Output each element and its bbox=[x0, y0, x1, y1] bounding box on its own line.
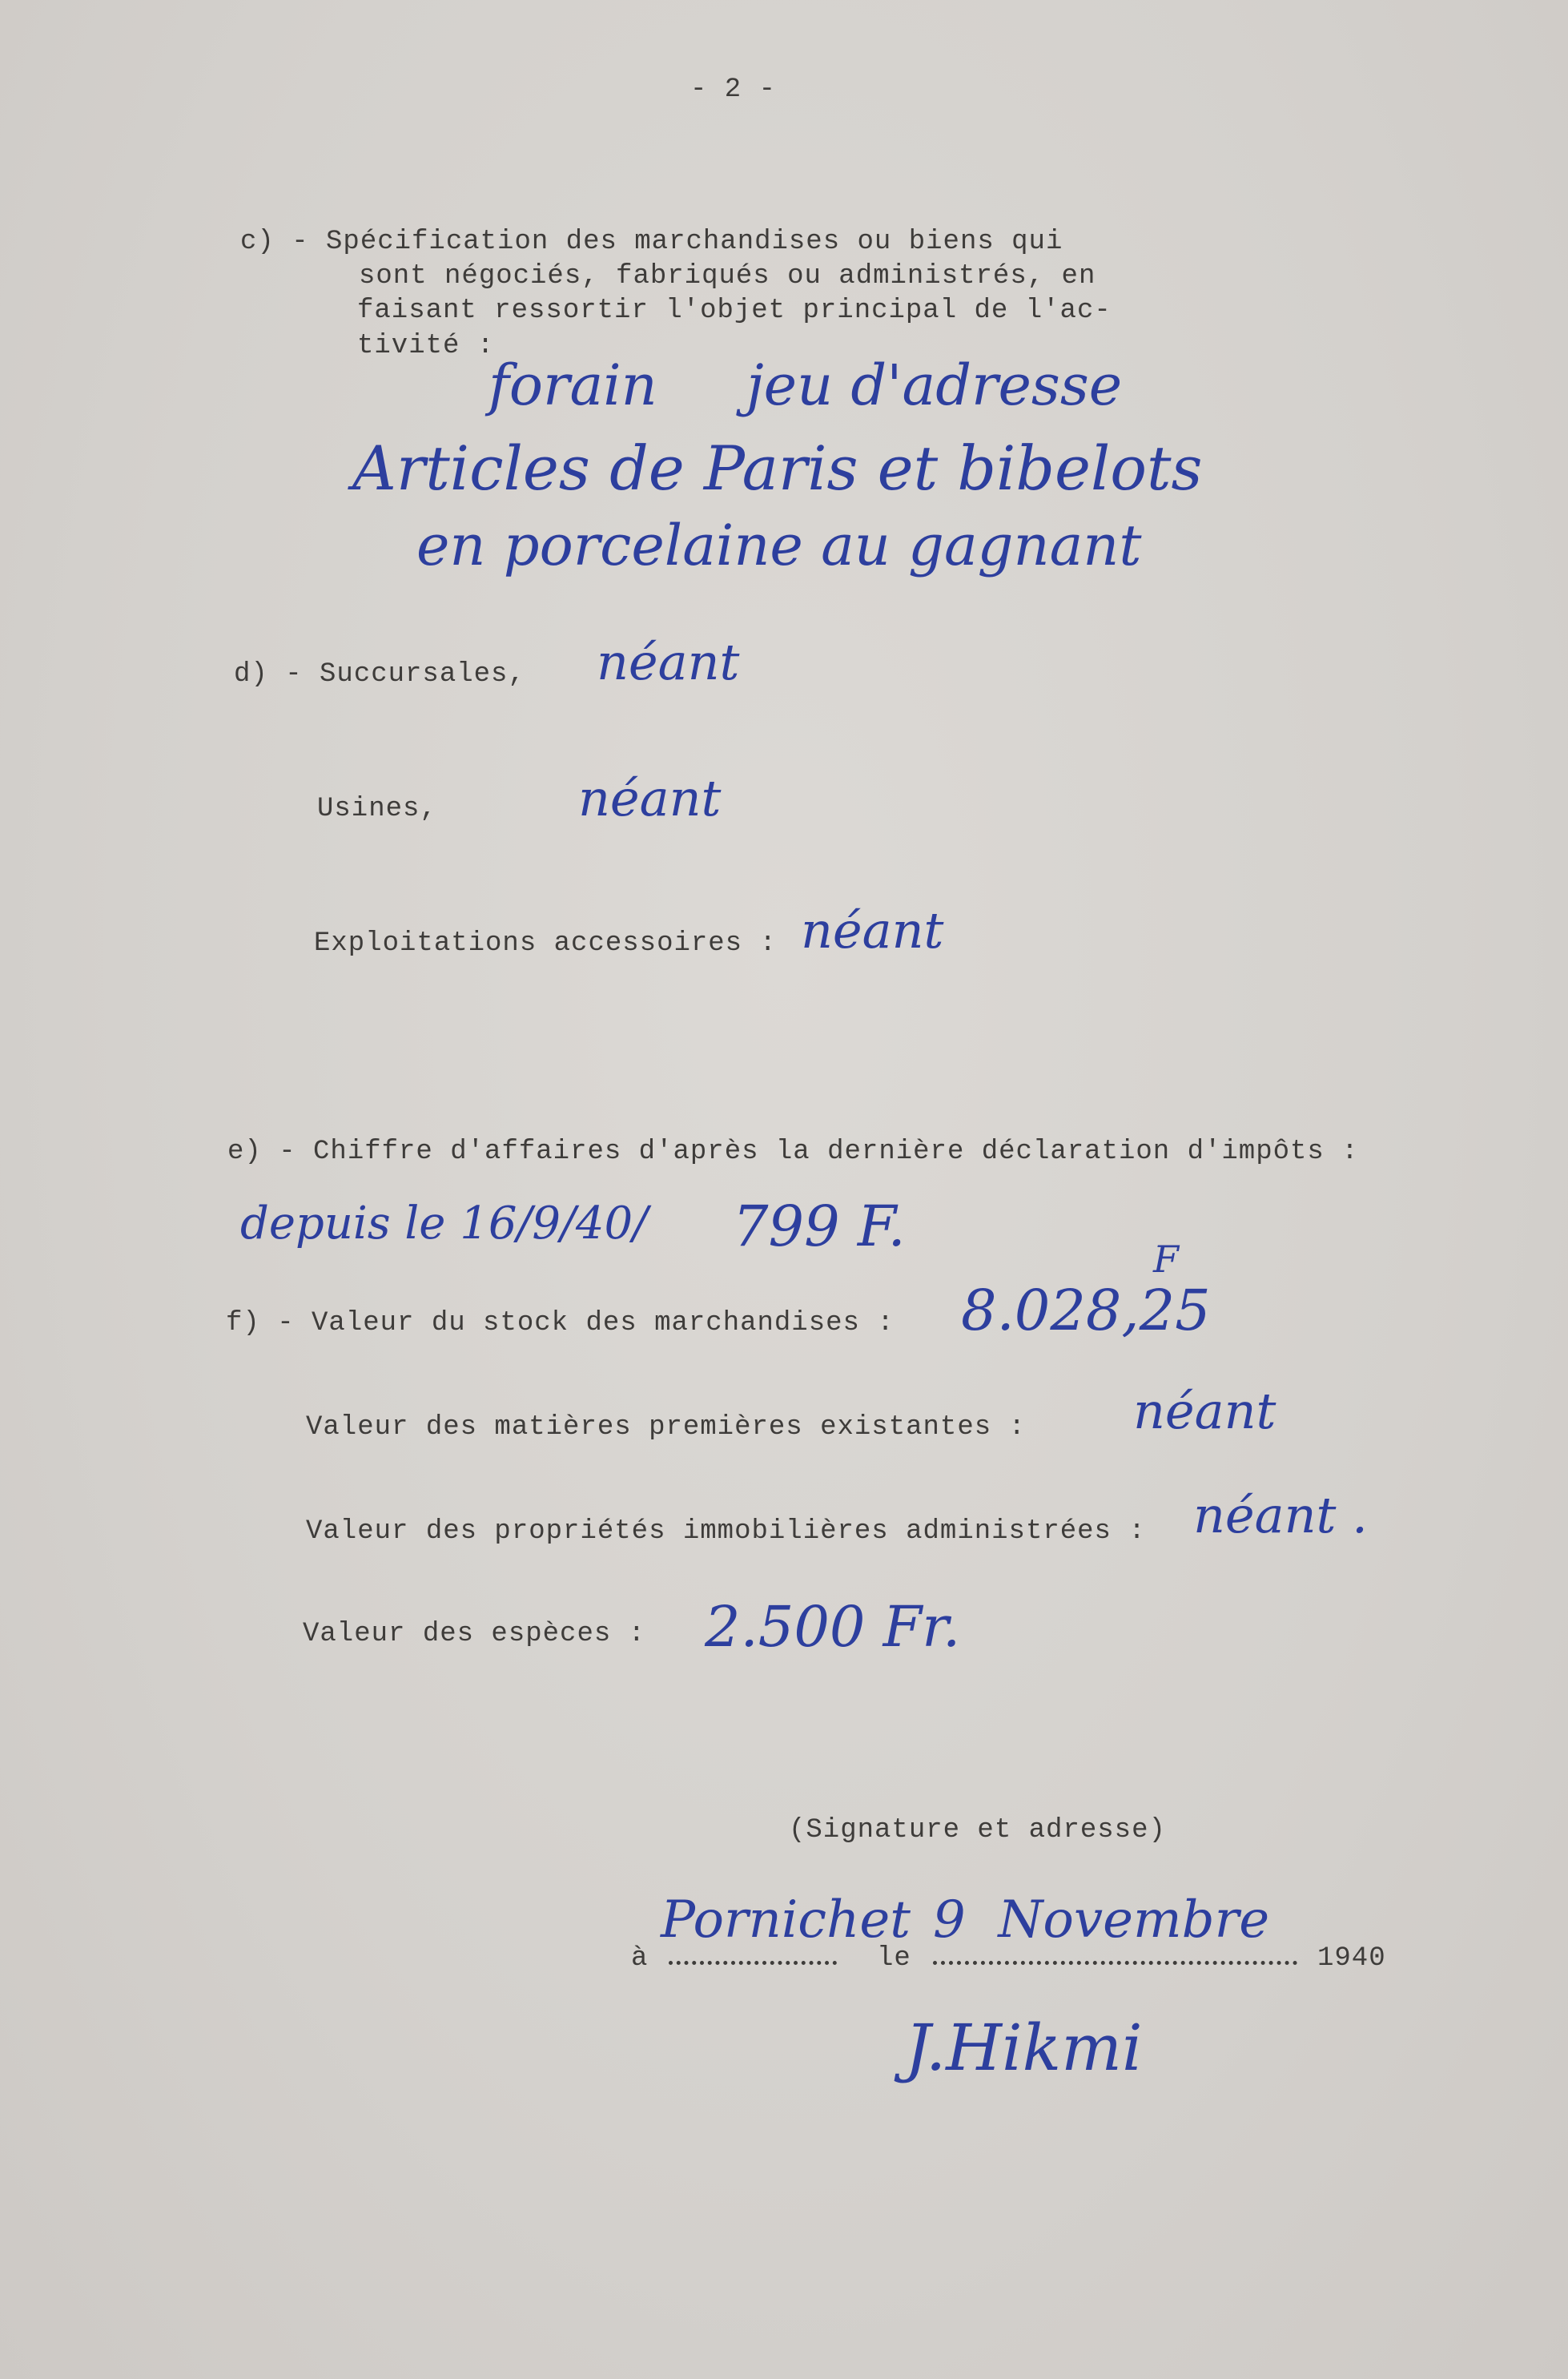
section-c-label: c) - Spécification des marchandises ou b… bbox=[240, 226, 1063, 258]
section-c-line-3: tivité : bbox=[357, 330, 494, 362]
place-dotted-line bbox=[669, 1961, 837, 1965]
stock-unit: F bbox=[1153, 1238, 1179, 1281]
year: 1940 bbox=[1317, 1942, 1386, 1974]
stock-value: 8.028,25 bbox=[961, 1278, 1211, 1343]
matieres-value: néant bbox=[1133, 1382, 1276, 1440]
signature-caption: (Signature et adresse) bbox=[789, 1814, 1166, 1846]
date-prefix: le bbox=[877, 1942, 911, 1974]
especes-label: Valeur des espèces : bbox=[303, 1618, 645, 1650]
date-dotted-line bbox=[933, 1961, 1297, 1965]
especes-value: 2.500 Fr. bbox=[705, 1594, 960, 1660]
stock-label: f) - Valeur du stock des marchandises : bbox=[226, 1307, 895, 1339]
place-value: Pornichet bbox=[661, 1890, 911, 1950]
succursales-value: néant bbox=[597, 633, 739, 691]
chiffre-affaires-amount: 799 F. bbox=[733, 1194, 906, 1259]
handwritten-activity-line-1: forain jeu d'adresse bbox=[488, 352, 1122, 418]
section-c-line-2: faisant ressortir l'objet principal de l… bbox=[357, 295, 1112, 327]
section-c-line-1: sont négociés, fabriqués ou administrés,… bbox=[359, 260, 1096, 292]
exploitations-value: néant bbox=[801, 901, 943, 960]
proprietes-value: néant . bbox=[1193, 1486, 1368, 1544]
signature: J.Hikmi bbox=[905, 2011, 1143, 2085]
place-prefix: à bbox=[631, 1942, 648, 1974]
date-value: 9 Novembre bbox=[933, 1890, 1269, 1950]
page-number: - 2 - bbox=[690, 74, 776, 106]
handwritten-activity-line-2: Articles de Paris et bibelots bbox=[352, 433, 1203, 504]
document-page: - 2 - c) - Spécification des marchandise… bbox=[0, 0, 1568, 2379]
proprietes-label: Valeur des propriétés immobilières admin… bbox=[306, 1516, 1146, 1548]
chiffre-affaires-date: depuis le 16/9/40/ bbox=[240, 1198, 648, 1250]
usines-label: Usines, bbox=[317, 793, 437, 825]
matieres-label: Valeur des matières premières existantes… bbox=[306, 1411, 1026, 1443]
usines-value: néant bbox=[578, 769, 721, 827]
succursales-label: d) - Succursales, bbox=[234, 658, 525, 690]
chiffre-affaires-label: e) - Chiffre d'affaires d'après la derni… bbox=[227, 1136, 1359, 1168]
handwritten-activity-line-3: en porcelaine au gagnant bbox=[416, 513, 1142, 578]
exploitations-label: Exploitations accessoires : bbox=[314, 928, 777, 960]
